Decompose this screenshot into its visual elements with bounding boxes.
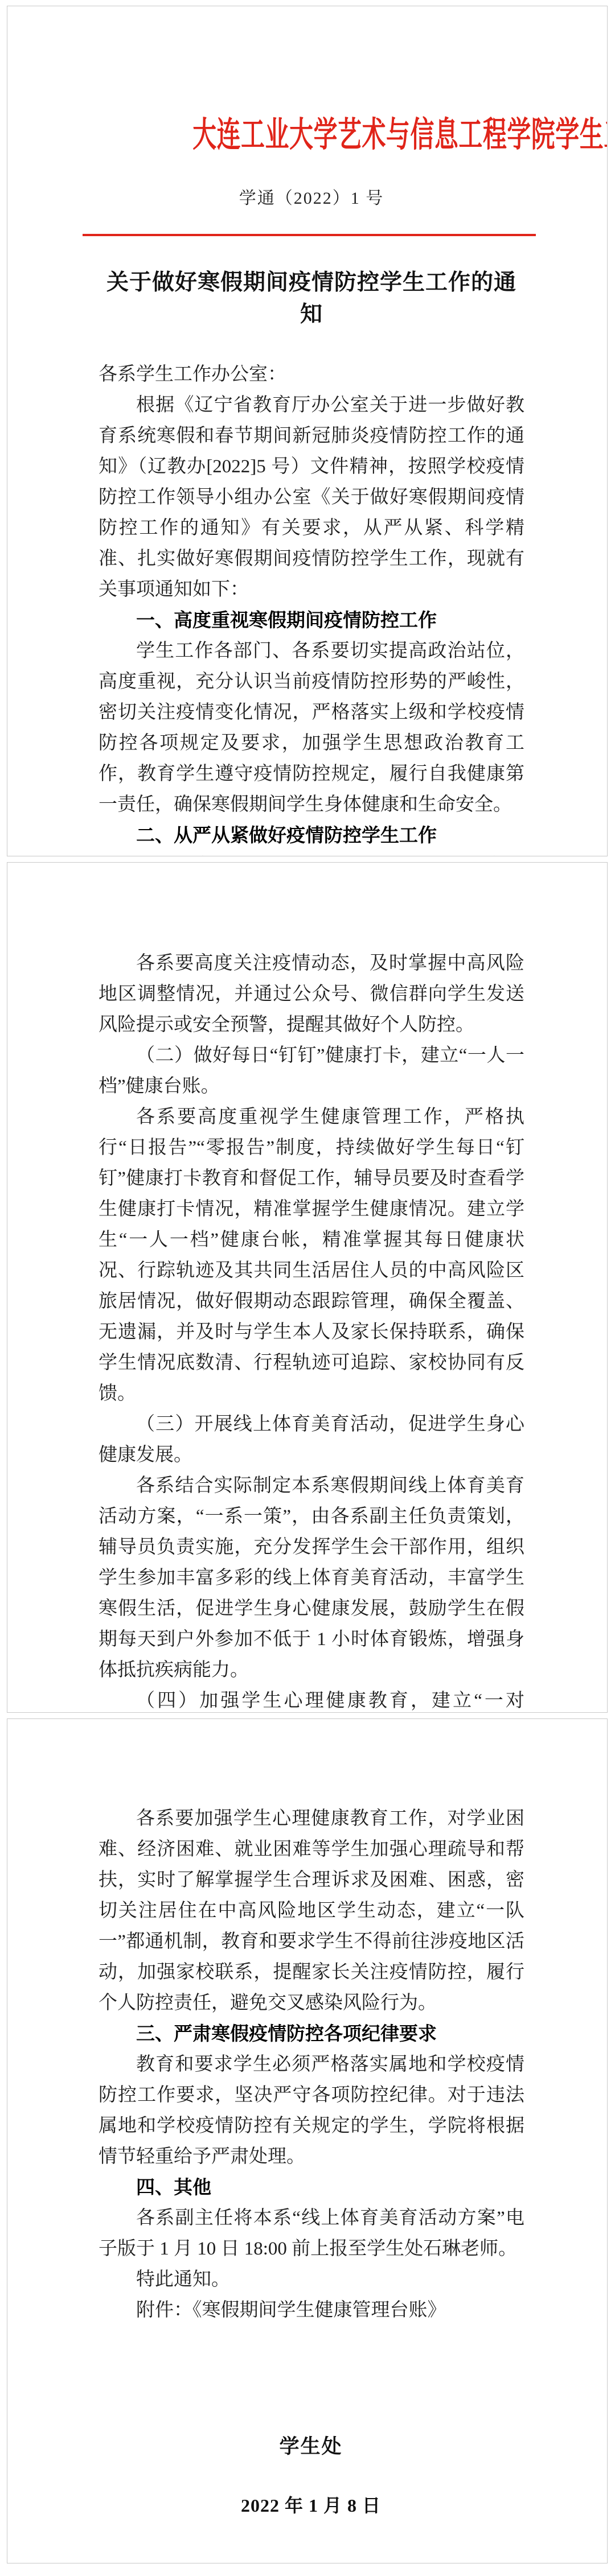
salutation-line: 各系学生工作办公室：	[99, 359, 524, 390]
section-heading: 一、高度重视寒假期间疫情防控工作	[99, 605, 524, 636]
body-paragraph: 各系要高度重视学生健康管理工作，严格执行“日报告”“零报告”制度，持续做好学生每…	[99, 1102, 524, 1409]
body-paragraph: 附件：《寒假期间学生健康管理台账》	[99, 2295, 524, 2326]
section-heading: 四、其他	[99, 2172, 524, 2203]
document-title: 关于做好寒假期间疫情防控学生工作的通知	[99, 265, 524, 328]
document-page-1: 大连工业大学艺术与信息工程学院学生工作处 学通（2022）1 号 关于做好寒假期…	[7, 6, 608, 856]
body-paragraph: 特此通知。	[99, 2264, 524, 2295]
page-2-body: 各系要高度关注疫情动态，及时掌握中高风险地区调整情况，并通过公众号、微信群向学生…	[99, 948, 524, 1713]
red-letterhead-title: 大连工业大学艺术与信息工程学院学生工作处	[99, 108, 524, 155]
body-paragraph: （四）加强学生心理健康教育，建立“一对一”沟通机制。	[99, 1685, 524, 1713]
org-title-text: 大连工业大学艺术与信息工程学院学生工作处	[192, 106, 608, 156]
document-number: 学通（2022）1 号	[99, 184, 524, 209]
body-paragraph: 教育和要求学生必须严格落实属地和学校疫情防控工作要求，坚决严守各项防控纪律。对于…	[99, 2049, 524, 2172]
body-paragraph: 各系要加强学生心理健康教育工作，对学业困难、经济困难、就业困难等学生加强心理疏导…	[99, 1803, 524, 2018]
section-heading: 三、严肃寒假疫情防控各项纪律要求	[99, 2018, 524, 2049]
signature-department: 学生处	[241, 2431, 381, 2459]
body-paragraph: 各系结合实际制定本系寒假期间线上体育美育活动方案，“一系一策”，由各系副主任负责…	[99, 1470, 524, 1685]
section-heading: 二、从严从紧做好疫情防控学生工作	[99, 820, 524, 851]
body-paragraph: 学生工作各部门、各系要切实提高政治站位，高度重视，充分认识当前疫情防控形势的严峻…	[99, 636, 524, 820]
body-paragraph: 根据《辽宁省教育厅办公室关于进一步做好教育系统寒假和春节期间新冠肺炎疫情防控工作…	[99, 390, 524, 605]
document-page-2: 各系要高度关注疫情动态，及时掌握中高风险地区调整情况，并通过公众号、微信群向学生…	[7, 862, 608, 1713]
signature-date: 2022 年 1 月 8 日	[241, 2491, 381, 2517]
page-1-body: 各系学生工作办公室：根据《辽宁省教育厅办公室关于进一步做好教育系统寒假和春节期间…	[99, 359, 524, 856]
body-paragraph: （一）密切关注疫情形势动态，主动广泛发布风险提示。	[99, 851, 524, 856]
document-page-3: 各系要加强学生心理健康教育工作，对学业困难、经济困难、就业困难等学生加强心理疏导…	[7, 1718, 608, 2563]
body-paragraph: （三）开展线上体育美育活动，促进学生身心健康发展。	[99, 1409, 524, 1470]
page-3-body: 各系要加强学生心理健康教育工作，对学业困难、经济困难、就业困难等学生加强心理疏导…	[99, 1803, 524, 2326]
body-paragraph: （二）做好每日“钉钉”健康打卡，建立“一人一档”健康台账。	[99, 1040, 524, 1102]
signature-block: 学生处 2022 年 1 月 8 日	[241, 2431, 381, 2517]
body-paragraph: 各系要高度关注疫情动态，及时掌握中高风险地区调整情况，并通过公众号、微信群向学生…	[99, 948, 524, 1040]
red-divider-line	[83, 234, 536, 236]
body-paragraph: 各系副主任将本系“线上体育美育活动方案”电子版于 1 月 10 日 18:00 …	[99, 2203, 524, 2264]
